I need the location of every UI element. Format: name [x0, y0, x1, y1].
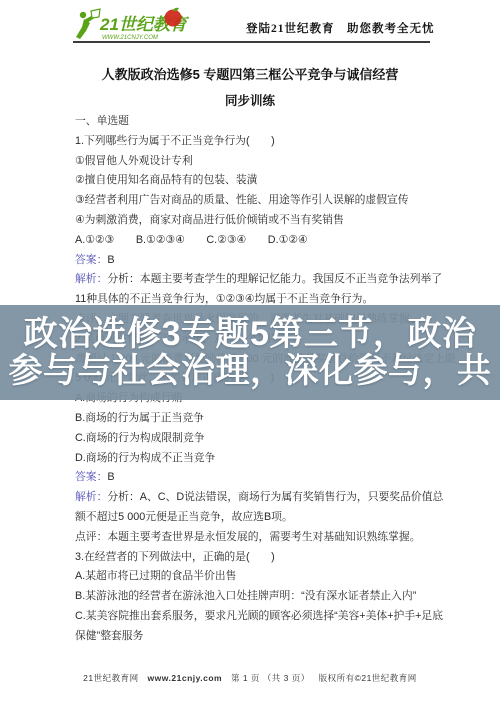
line-label: 答案： — [75, 471, 107, 483]
line-label: 解析： — [75, 491, 107, 503]
text-line: 一、单选题 — [75, 112, 447, 132]
text-line: A.某超市将已过期的食品半价出售 — [75, 567, 447, 587]
line-text: ①假冒他人外观设计专利 — [75, 155, 193, 167]
line-text: B — [107, 254, 114, 266]
logo-runner-icon: 21世纪教育 WWW.21CNJY.COM — [70, 7, 200, 43]
line-text: 11种具体的不正当竞争行为，①②③④均属于不正当竞争行为。 — [75, 293, 373, 305]
line-text: C.商场的行为构成限制竞争 — [75, 432, 205, 444]
line-text: A.某超市将已过期的食品半价出售 — [75, 570, 236, 582]
footer-url: www.21cnjy.com — [148, 673, 223, 683]
text-line: 额不超过5 000元便是正当竞争，故应选B项。 — [75, 508, 447, 528]
text-line: D.商场的行为构成不正当竞争 — [75, 449, 447, 469]
line-text: 额不超过5 000元便是正当竞争，故应选B项。 — [75, 511, 293, 523]
header-logo: 21世纪教育 WWW.21CNJY.COM — [70, 7, 200, 43]
text-line: ③经营者利用广告对商品的质量、性能、用途等作引人误解的虚假宣传 — [75, 191, 447, 211]
text-line: B.商场的行为属于正当竞争 — [75, 409, 447, 429]
text-line: 答案：B — [75, 468, 447, 488]
line-text: 分析：本题主要考查学生的理解记忆能力。我国反不正当竞争法列举了 — [107, 273, 442, 285]
text-line: 3.在经营者的下列做法中，正确的是( ) — [75, 548, 447, 568]
line-label: 答案： — [75, 254, 107, 266]
text-line: ①假冒他人外观设计专利 — [75, 152, 447, 172]
watermark-overlay: 政治选修3专题5第三节，政治 参与与社会治理，深化参与，共 — [0, 305, 500, 400]
overlay-line-2: 参与与社会治理，深化参与，共 — [9, 353, 492, 390]
text-line: A.①②③ B.①②③④ C.②③④ D.①②④ — [75, 231, 447, 251]
line-text: B — [107, 471, 114, 483]
text-line: 解析：分析：本题主要考查学生的理解记忆能力。我国反不正当竞争法列举了 — [75, 270, 447, 290]
line-text: 3.在经营者的下列做法中，正确的是( ) — [75, 551, 275, 563]
line-label: 解析： — [75, 273, 107, 285]
line-text: 点评：本题主要考查世界是永恒发展的，需要考生对基础知识熟练掌握。 — [75, 531, 421, 543]
text-line: ②擅自使用知名商品特有的包装、装潢 — [75, 171, 447, 191]
text-line: ④为刺激消费，商家对商品进行低价倾销或不当有奖销售 — [75, 211, 447, 231]
footer-page-info: 第 1 页 （共 3 页） — [231, 673, 310, 683]
overlay-line-1: 政治选修3专题5第三节，政治 — [24, 316, 477, 353]
doc-title: 人教版政治选修5 专题四第三框公平竞争与诚信经营 — [0, 64, 500, 83]
line-text: 分析：A、C、D说法错误，商场行为属有奖销售行为，只要奖品价值总 — [107, 491, 443, 503]
header-slogan: 登陆21世纪教育 助您教考全无忧 — [246, 20, 436, 36]
text-line: 1.下列哪些行为属于不正当竞争行为( ) — [75, 132, 447, 152]
text-line: 答案：B — [75, 251, 447, 271]
text-line: 点评：本题主要考查世界是永恒发展的，需要考生对基础知识熟练掌握。 — [75, 528, 447, 548]
line-text: ③经营者利用广告对商品的质量、性能、用途等作引人误解的虚假宣传 — [75, 194, 409, 206]
line-text: C.某美容院推出套系服务，要求凡光顾的顾客必须选择“美容+美体+护手+足底 — [75, 610, 443, 622]
header-divider — [73, 41, 430, 43]
line-text: 保健”整套服务 — [75, 630, 143, 642]
text-line: 保健”整套服务 — [75, 627, 447, 647]
line-text: ④为刺激消费，商家对商品进行低价倾销或不当有奖销售 — [75, 214, 344, 226]
doc-subtitle: 同步训练 — [0, 91, 500, 109]
text-line: B.某游泳池的经营者在游泳池入口处挂牌声明：“没有深水证者禁止入内” — [75, 587, 447, 607]
line-text: B.商场的行为属于正当竞争 — [75, 412, 204, 424]
line-text: D.商场的行为构成不正当竞争 — [75, 452, 215, 464]
line-text: 一、单选题 — [75, 115, 129, 127]
line-text: ②擅自使用知名商品特有的包装、装潢 — [75, 174, 257, 186]
footer: 21世纪教育网 www.21cnjy.com 第 1 页 （共 3 页） 版权所… — [0, 672, 500, 684]
line-text: 1.下列哪些行为属于不正当竞争行为( ) — [75, 135, 275, 147]
text-line: 解析：分析：A、C、D说法错误，商场行为属有奖销售行为，只要奖品价值总 — [75, 488, 447, 508]
text-line: C.商场的行为构成限制竞争 — [75, 429, 447, 449]
footer-site: 21世纪教育网 — [83, 673, 138, 683]
line-text: A.①②③ B.①②③④ C.②③④ D.①②④ — [75, 234, 308, 246]
footer-copyright: 版权所有©21世纪教育网 — [319, 673, 417, 683]
text-line: C.某美容院推出套系服务，要求凡光顾的顾客必须选择“美容+美体+护手+足底 — [75, 607, 447, 627]
line-text: B.某游泳池的经营者在游泳池入口处挂牌声明：“没有深水证者禁止入内” — [75, 590, 416, 602]
